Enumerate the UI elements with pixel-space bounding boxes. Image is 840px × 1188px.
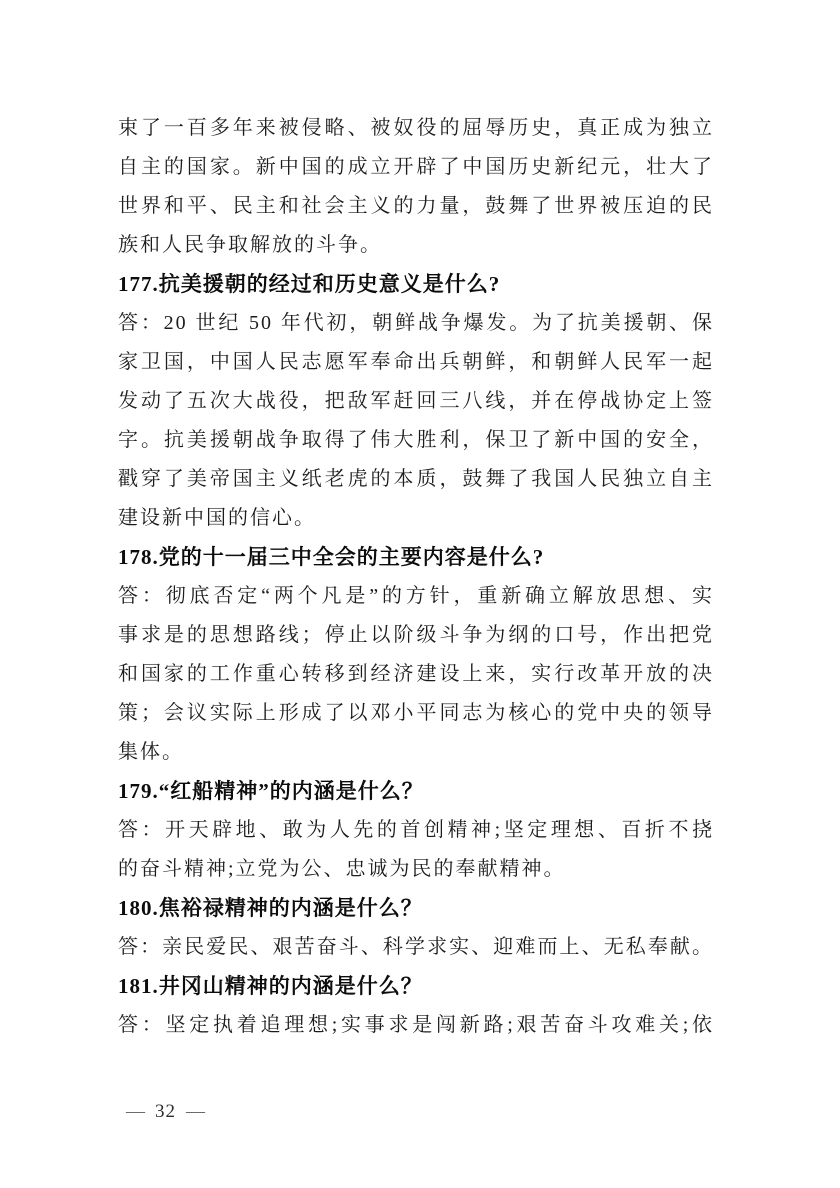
- text-line: 答：彻底否定“两个凡是”的方针，重新确立解放思想、实: [118, 577, 714, 616]
- text-line: 自主的国家。新中国的成立开辟了中国历史新纪元，壮大了: [118, 148, 714, 187]
- text-line: 答：坚定执着追理想;实事求是闯新路;艰苦奋斗攻难关;依: [118, 1006, 714, 1045]
- heading-line: 177.抗美援朝的经过和历史意义是什么?: [118, 265, 714, 304]
- text-line: 束了一百多年来被侵略、被奴役的屈辱历史，真正成为独立: [118, 109, 714, 148]
- text-line: 发动了五次大战役，把敌军赶回三八线，并在停战协定上签: [118, 382, 714, 421]
- text-line: 答：20 世纪 50 年代初，朝鲜战争爆发。为了抗美援朝、保: [118, 304, 714, 343]
- heading-line: 179.“红船精神”的内涵是什么？: [118, 772, 714, 811]
- text-line: 建设新中国的信心。: [118, 499, 714, 538]
- footer-dash-right: —: [186, 1100, 205, 1124]
- text-line: 和国家的工作重心转移到经济建设上来，实行改革开放的决: [118, 655, 714, 694]
- page-footer: — 32 —: [126, 1100, 205, 1124]
- document-content: 束了一百多年来被侵略、被奴役的屈辱历史，真正成为独立自主的国家。新中国的成立开辟…: [118, 109, 714, 1045]
- heading-line: 181.井冈山精神的内涵是什么？: [118, 967, 714, 1006]
- body-paragraph: 答：开天辟地、敢为人先的首创精神;坚定理想、百折不挠的奋斗精神;立党为公、忠诚为…: [118, 811, 714, 889]
- body-paragraph: 答：亲民爱民、艰苦奋斗、科学求实、迎难而上、无私奉献。: [118, 928, 714, 967]
- question-heading-block: 177.抗美援朝的经过和历史意义是什么?: [118, 265, 714, 304]
- body-paragraph: 答：坚定执着追理想;实事求是闯新路;艰苦奋斗攻难关;依: [118, 1006, 714, 1045]
- text-line: 答：开天辟地、敢为人先的首创精神;坚定理想、百折不挠: [118, 811, 714, 850]
- question-heading-block: 178.党的十一届三中全会的主要内容是什么?: [118, 538, 714, 577]
- heading-line: 180.焦裕禄精神的内涵是什么？: [118, 889, 714, 928]
- heading-line: 178.党的十一届三中全会的主要内容是什么?: [118, 538, 714, 577]
- body-paragraph: 束了一百多年来被侵略、被奴役的屈辱历史，真正成为独立自主的国家。新中国的成立开辟…: [118, 109, 714, 265]
- text-line: 集体。: [118, 733, 714, 772]
- text-line: 事求是的思想路线；停止以阶级斗争为纲的口号，作出把党: [118, 616, 714, 655]
- text-line: 家卫国，中国人民志愿军奉命出兵朝鲜，和朝鲜人民军一起: [118, 343, 714, 382]
- page-number: 32: [155, 1100, 176, 1124]
- text-line: 戳穿了美帝国主义纸老虎的本质，鼓舞了我国人民独立自主: [118, 460, 714, 499]
- text-line: 的奋斗精神;立党为公、忠诚为民的奉献精神。: [118, 850, 714, 889]
- text-line: 字。抗美援朝战争取得了伟大胜利，保卫了新中国的安全，: [118, 421, 714, 460]
- body-paragraph: 答：彻底否定“两个凡是”的方针，重新确立解放思想、实事求是的思想路线；停止以阶级…: [118, 577, 714, 772]
- text-line: 族和人民争取解放的斗争。: [118, 226, 714, 265]
- document-page: 束了一百多年来被侵略、被奴役的屈辱历史，真正成为独立自主的国家。新中国的成立开辟…: [0, 0, 840, 1188]
- question-heading-block: 181.井冈山精神的内涵是什么？: [118, 967, 714, 1006]
- body-paragraph: 答：20 世纪 50 年代初，朝鲜战争爆发。为了抗美援朝、保家卫国，中国人民志愿…: [118, 304, 714, 538]
- text-line: 策；会议实际上形成了以邓小平同志为核心的党中央的领导: [118, 694, 714, 733]
- question-heading-block: 180.焦裕禄精神的内涵是什么？: [118, 889, 714, 928]
- question-heading-block: 179.“红船精神”的内涵是什么？: [118, 772, 714, 811]
- text-line: 答：亲民爱民、艰苦奋斗、科学求实、迎难而上、无私奉献。: [118, 928, 714, 967]
- text-line: 世界和平、民主和社会主义的力量，鼓舞了世界被压迫的民: [118, 187, 714, 226]
- footer-dash-left: —: [126, 1100, 145, 1124]
